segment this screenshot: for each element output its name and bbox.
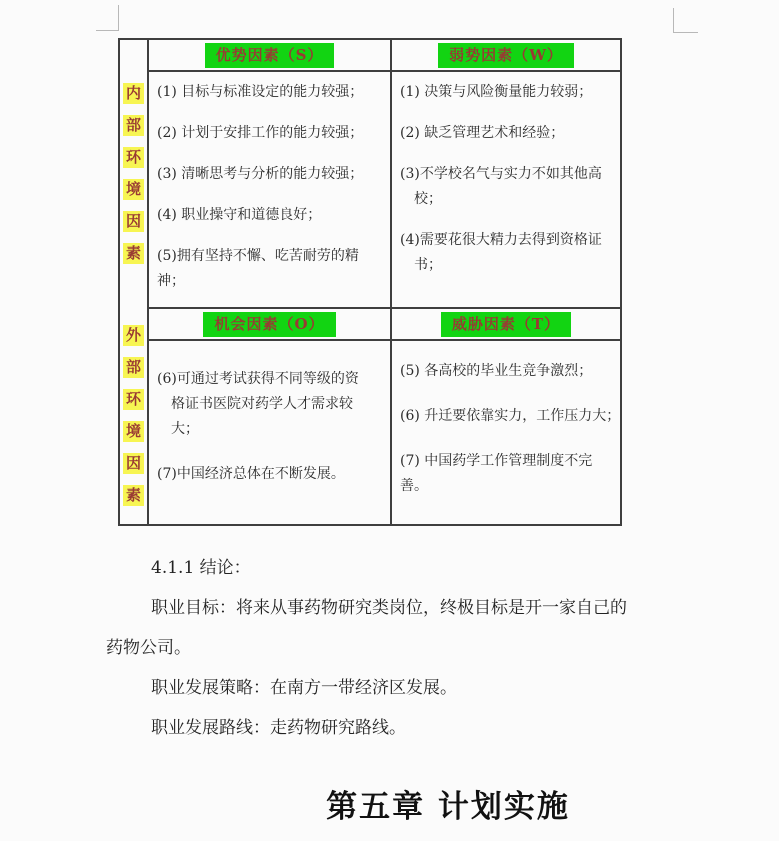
text-item: (6)可通过考试获得不同等级的资 格证书医院对药学人才需求较 大； — [157, 367, 382, 442]
row-label-external-environment: 外部环境因素 — [120, 307, 147, 524]
strengths-header-cell: 优势因素（S） — [149, 40, 390, 70]
text-item: 职业发展策略：在南方一带经济区发展。 — [106, 668, 678, 708]
text-item: (3) 清晰思考与分析的能力较强； — [157, 162, 382, 187]
swot-table: 内部环境因素 外部环境因素 优势因素（S） 弱势因素（W） (1) 目标与标准设… — [118, 38, 622, 526]
row-label-char: 境 — [123, 421, 144, 442]
text-item: (6) 升迁要依靠实力，工作压力大； — [400, 404, 612, 429]
text-item: 职业目标：将来从事药物研究类岗位，终极目标是开一家自己的 药物公司。 — [106, 588, 678, 668]
row-label-char: 素 — [123, 243, 144, 264]
text-item: 职业发展路线：走药物研究路线。 — [106, 708, 678, 748]
text-item: (7)中国经济总体在不断发展。 — [157, 462, 382, 487]
text-item: (1) 决策与风险衡量能力较弱； — [400, 80, 612, 105]
threats-cell: (5) 各高校的毕业生竞争激烈；(6) 升迁要依靠实力，工作压力大；(7) 中国… — [390, 339, 620, 524]
strengths-cell: (1) 目标与标准设定的能力较强；(2) 计划于安排工作的能力较强；(3) 清晰… — [149, 70, 390, 307]
text-item: (2) 缺乏管理艺术和经验； — [400, 121, 612, 146]
row-label-char: 因 — [123, 453, 144, 474]
row-label-char: 因 — [123, 211, 144, 232]
row-label-char: 内 — [123, 83, 144, 104]
threats-header-highlight: 威胁因素（T） — [441, 312, 571, 337]
text-item: (4) 职业操守和道德良好； — [157, 203, 382, 228]
text-item: (4)需要花很大精力去得到资格证 书； — [400, 228, 612, 278]
text-item: (3)不学校名气与实力不如其他高 校； — [400, 162, 612, 212]
row-label-char: 部 — [123, 115, 144, 136]
page-corner-mark-right — [673, 8, 698, 33]
chapter-heading: 第五章 计划实施 — [106, 782, 678, 832]
opportunities-header-cell: 机会因素（O） — [149, 307, 390, 339]
conclusion-paragraphs: 职业目标：将来从事药物研究类岗位，终极目标是开一家自己的 药物公司。职业发展策略… — [106, 588, 678, 748]
opportunities-cell: (6)可通过考试获得不同等级的资 格证书医院对药学人才需求较 大；(7)中国经济… — [149, 339, 390, 524]
opportunities-header-highlight: 机会因素（O） — [203, 312, 335, 337]
conclusion-heading: 4.1.1 结论： — [106, 548, 678, 588]
text-item: (5) 各高校的毕业生竞争激烈； — [400, 359, 612, 384]
text-item: (7) 中国药学工作管理制度不完 善。 — [400, 449, 612, 499]
row-label-char: 素 — [123, 485, 144, 506]
strengths-header-highlight: 优势因素（S） — [205, 43, 335, 68]
weaknesses-cell: (1) 决策与风险衡量能力较弱；(2) 缺乏管理艺术和经验；(3)不学校名气与实… — [390, 70, 620, 307]
row-label-char: 境 — [123, 179, 144, 200]
text-item: (2) 计划于安排工作的能力较强； — [157, 121, 382, 146]
weaknesses-header-cell: 弱势因素（W） — [390, 40, 620, 70]
row-label-char: 部 — [123, 357, 144, 378]
text-item: (1) 目标与标准设定的能力较强； — [157, 80, 382, 105]
document-body: 4.1.1 结论： 职业目标：将来从事药物研究类岗位，终极目标是开一家自己的 药… — [106, 548, 678, 832]
row-label-internal-environment: 内部环境因素 — [120, 40, 147, 307]
row-label-column: 内部环境因素 外部环境因素 — [120, 40, 149, 524]
text-item: (5)拥有坚持不懈、吃苦耐劳的精 神； — [157, 244, 382, 294]
threats-header-cell: 威胁因素（T） — [390, 307, 620, 339]
row-label-char: 环 — [123, 389, 144, 410]
weaknesses-header-highlight: 弱势因素（W） — [438, 43, 574, 68]
page-corner-mark-left — [96, 5, 119, 31]
row-label-char: 外 — [123, 325, 144, 346]
row-label-char: 环 — [123, 147, 144, 168]
